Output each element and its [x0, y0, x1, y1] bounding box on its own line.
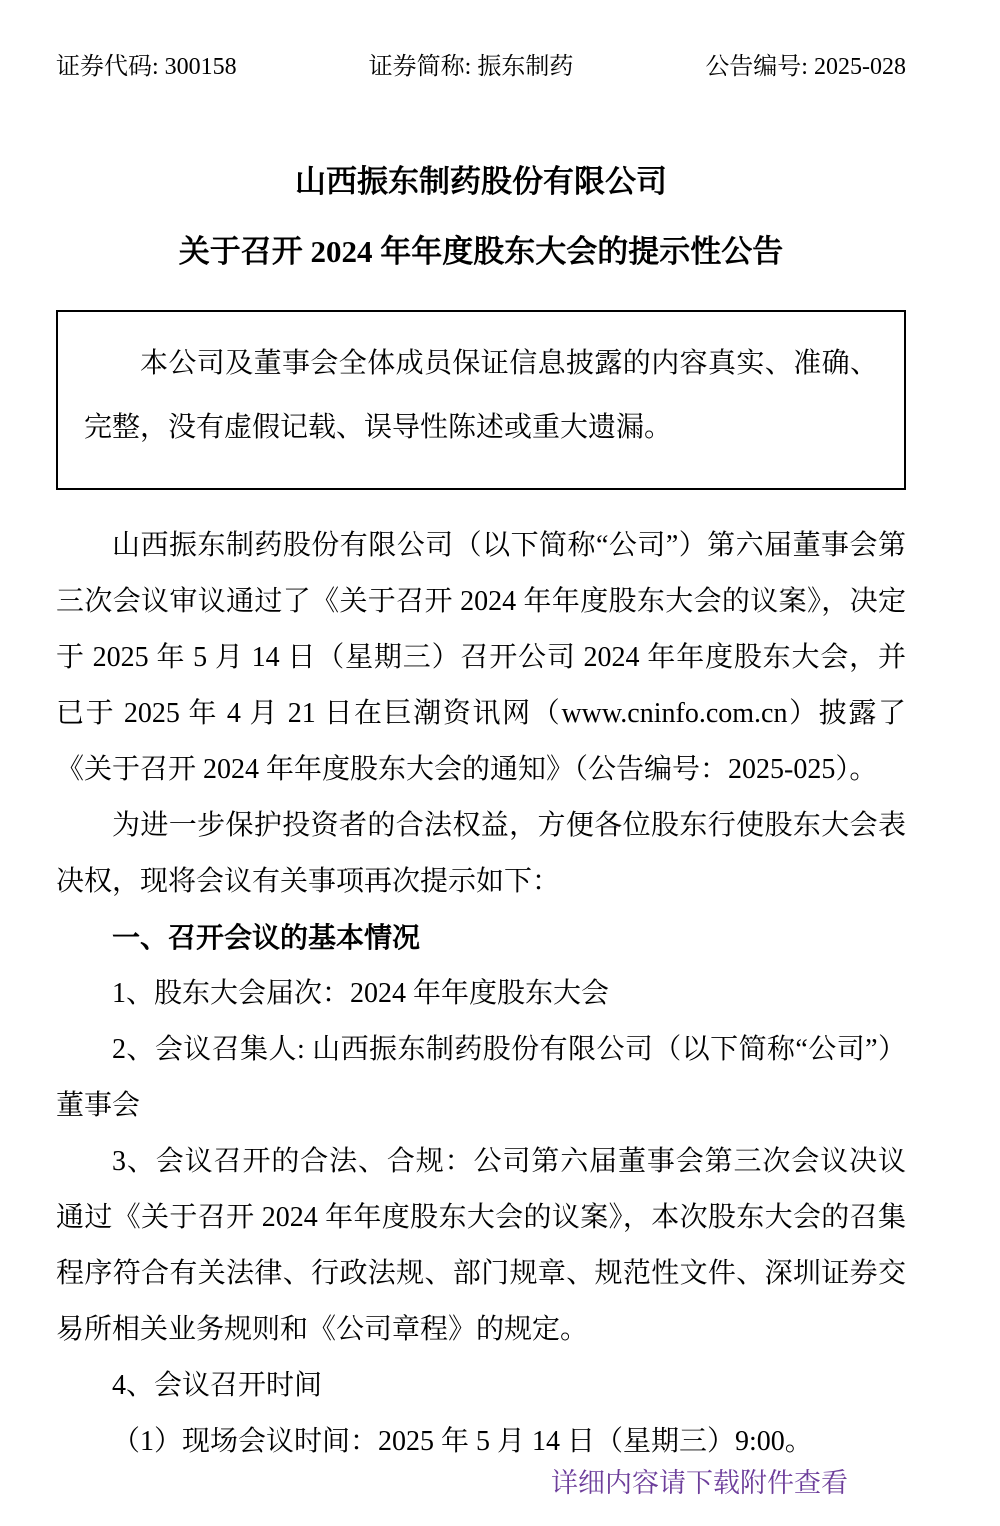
document-body: 山西振东制药股份有限公司（以下简称“公司”）第六届董事会第三次会议审议通过了《关… [56, 518, 906, 1470]
announcement-page: 证券代码: 300158 证券简称: 振东制药 公告编号: 2025-028 山… [0, 0, 1000, 1526]
company-title: 山西振东制药股份有限公司 [56, 160, 906, 204]
disclaimer-text: 本公司及董事会全体成员保证信息披露的内容真实、准确、完整，没有虚假记载、误导性陈… [84, 348, 878, 443]
item-meeting-convener: 2、会议召集人: 山西振东制药股份有限公司（以下简称“公司”）董事会 [56, 1022, 906, 1134]
document-content: 证券代码: 300158 证券简称: 振东制药 公告编号: 2025-028 山… [0, 0, 1000, 1470]
section-heading-basic-info: 一、召开会议的基本情况 [56, 910, 906, 966]
paragraph-meeting-resolution: 山西振东制药股份有限公司（以下简称“公司”）第六届董事会第三次会议审议通过了《关… [56, 518, 906, 798]
announcement-title: 关于召开 2024 年年度股东大会的提示性公告 [56, 230, 906, 274]
item-meeting-session: 1、股东大会届次：2024 年年度股东大会 [56, 966, 906, 1022]
paragraph-reminder-intro: 为进一步保护投资者的合法权益，方便各位股东行使股东大会表决权，现将会议有关事项再… [56, 798, 906, 910]
stock-short-name: 证券简称: 振东制药 [369, 50, 574, 84]
document-header: 证券代码: 300158 证券简称: 振东制药 公告编号: 2025-028 [56, 0, 906, 84]
item-meeting-time-heading: 4、会议召开时间 [56, 1358, 906, 1414]
disclaimer-box: 本公司及董事会全体成员保证信息披露的内容真实、准确、完整，没有虚假记载、误导性陈… [56, 310, 906, 490]
item-meeting-legality: 3、会议召开的合法、合规：公司第六届董事会第三次会议决议通过《关于召开 2024… [56, 1134, 906, 1358]
announcement-number: 公告编号: 2025-028 [705, 50, 906, 84]
stock-code: 证券代码: 300158 [56, 50, 237, 84]
item-onsite-meeting-time: （1）现场会议时间：2025 年 5 月 14 日（星期三）9:00。 [56, 1414, 906, 1470]
download-attachment-link[interactable]: 详细内容请下载附件查看 [551, 1463, 848, 1503]
